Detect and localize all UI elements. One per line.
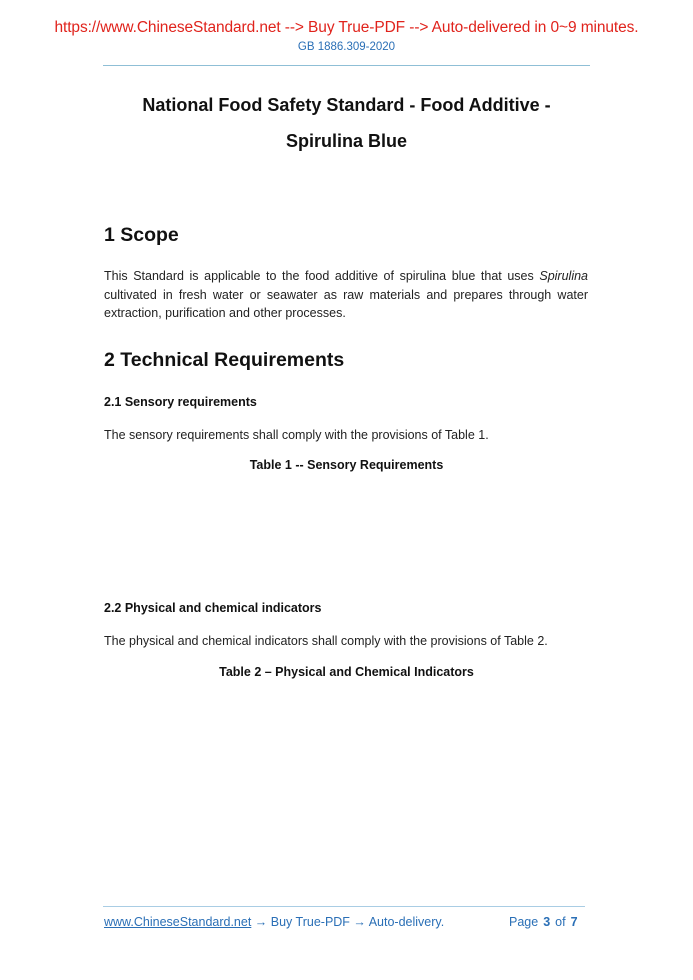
page-of-label: of: [555, 915, 565, 929]
scope-paragraph: This Standard is applicable to the food …: [104, 267, 588, 323]
header-divider: [103, 65, 590, 66]
document-code: GB 1886.309-2020: [0, 41, 693, 53]
footer-tagline: → Buy True-PDF → Auto-delivery.: [251, 915, 444, 929]
page-total: 7: [571, 915, 578, 929]
page-label: Page: [509, 915, 538, 929]
physchem-paragraph: The physical and chemical indicators sha…: [104, 632, 588, 651]
document-title-line2: Spirulina Blue: [0, 131, 693, 152]
scope-line-2: cultivated in fresh water or seawater as…: [104, 286, 588, 305]
sensory-paragraph: The sensory requirements shall comply wi…: [104, 426, 588, 445]
footer-promo: www.ChineseStandard.net → Buy True-PDF →…: [104, 915, 444, 929]
section-heading-technical-requirements: 2 Technical Requirements: [104, 349, 344, 372]
section-heading-scope: 1 Scope: [104, 224, 179, 247]
top-promo-banner[interactable]: https://www.ChineseStandard.net --> Buy …: [0, 19, 693, 37]
document-title-line1: National Food Safety Standard - Food Add…: [0, 95, 693, 116]
subsection-heading-sensory: 2.1 Sensory requirements: [104, 395, 257, 409]
scope-italic-term: Spirulina: [539, 269, 588, 283]
table2-caption: Table 2 – Physical and Chemical Indicato…: [0, 665, 693, 679]
scope-text: This Standard is applicable to the food …: [104, 269, 539, 283]
subsection-heading-physical-chemical: 2.2 Physical and chemical indicators: [104, 601, 321, 615]
page-current: 3: [543, 915, 550, 929]
footer-divider: [103, 906, 585, 907]
scope-line-3: extraction, purification and other proce…: [104, 304, 588, 323]
page-indicator: Page3of7: [509, 915, 578, 929]
table1-caption: Table 1 -- Sensory Requirements: [0, 458, 693, 472]
scope-line-1: This Standard is applicable to the food …: [104, 267, 588, 286]
footer-site-link[interactable]: www.ChineseStandard.net: [104, 915, 251, 929]
